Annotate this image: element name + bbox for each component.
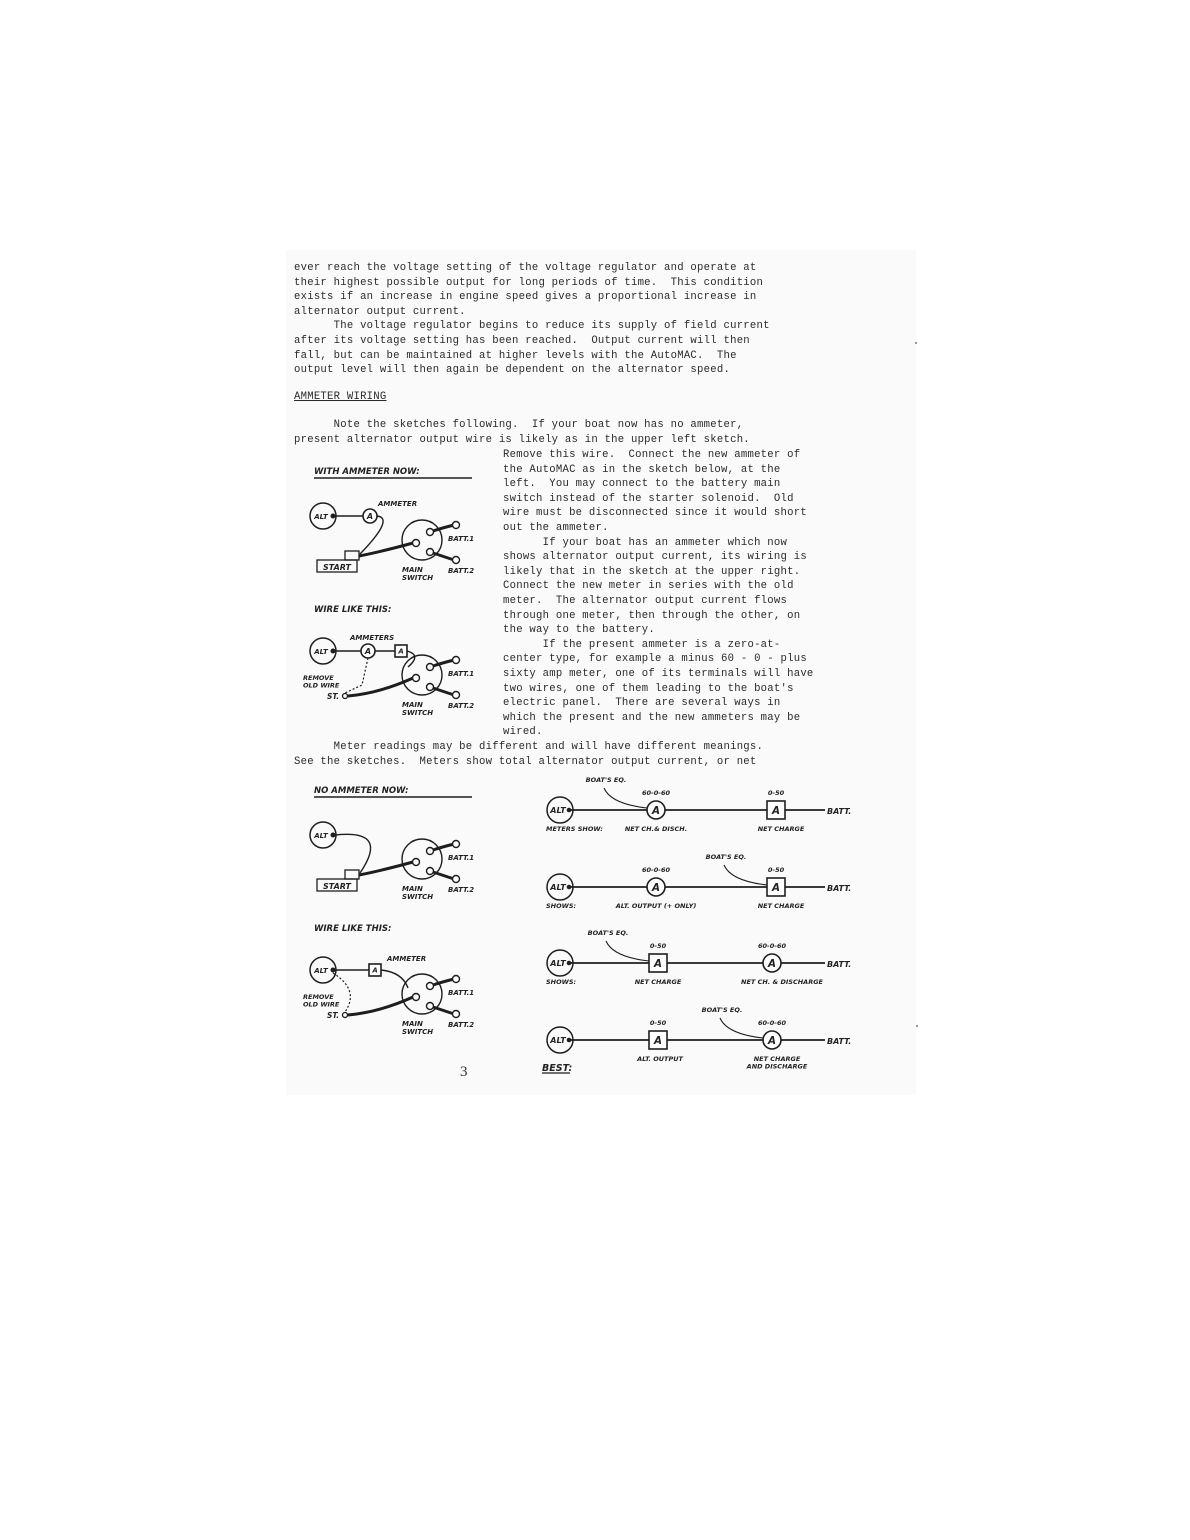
meter-symbol: A [397, 648, 403, 656]
battery-label: BATT. [827, 960, 851, 969]
meter-symbol: A [767, 958, 776, 970]
battery-1-label: BATT.1 [448, 854, 474, 862]
meter-symbol: A [767, 1035, 776, 1047]
battery-terminal [453, 557, 460, 564]
sketch-right-2: ALTAABATT.60-0-600-50ALT. OUTPUT (+ ONLY… [546, 853, 851, 910]
boat-equipment-wire [606, 941, 649, 961]
boat-equipment-wire [604, 788, 647, 808]
sketch-title: WIRE LIKE THIS: [314, 924, 391, 934]
meter-caption: NET CHARGE [758, 825, 805, 833]
boat-equipment-wire [724, 865, 767, 885]
shows-label: SHOWS: [546, 978, 576, 986]
meter-caption: NET CHARGE [758, 902, 805, 910]
battery-cable [433, 872, 454, 879]
sketch-right-1: ALTAABATT.60-0-600-50NET CH.& DISCH.NET … [546, 776, 851, 833]
meter-symbol: A [771, 882, 780, 894]
switch-terminal [427, 684, 434, 691]
meter-range: 0-50 [768, 789, 785, 797]
main-switch-label: MAIN [402, 1020, 423, 1028]
terminal-icon [567, 1038, 572, 1043]
terminal-icon [331, 514, 336, 519]
ammeter-label: AMMETER [377, 500, 417, 508]
meter-range: 60-0-60 [758, 942, 786, 950]
old-wire-dashed [345, 658, 368, 693]
meter-range: 0-50 [650, 1019, 667, 1027]
shows-label: SHOWS: [546, 902, 576, 910]
battery-label: BATT. [827, 807, 851, 816]
meter-symbol: A [371, 967, 377, 975]
meter-caption: AND DISCHARGE [746, 1063, 808, 1071]
alternator-label: ALT [549, 806, 566, 815]
switch-terminal [427, 664, 434, 671]
alternator-label: ALT [549, 959, 566, 968]
scan-speck [915, 342, 917, 344]
main-switch-label: MAIN [402, 885, 423, 893]
battery-2-label: BATT.2 [448, 886, 474, 894]
switch-terminal [427, 529, 434, 536]
alternator-label: ALT [313, 832, 329, 840]
meter-caption: ALT. OUTPUT (+ ONLY) [615, 902, 697, 910]
meter-caption: NET CH.& DISCH. [625, 825, 687, 833]
battery-cable [433, 1007, 454, 1014]
main-switch-label: MAIN [402, 566, 423, 574]
switch-terminal [413, 675, 420, 682]
terminal-icon [567, 885, 572, 890]
switch-terminal [427, 868, 434, 875]
sketch-title: WIRE LIKE THIS: [314, 605, 391, 615]
alternator-label: ALT [313, 513, 329, 521]
main-switch-label: SWITCH [402, 709, 433, 717]
meter-range: 60-0-60 [642, 866, 670, 874]
wire [335, 834, 371, 873]
sketch-title: NO AMMETER NOW: [314, 786, 409, 796]
switch-terminal [427, 1003, 434, 1010]
remove-old-wire-label: OLD WIRE [303, 682, 340, 690]
terminal-icon [331, 833, 336, 838]
meter-symbol: A [653, 1035, 662, 1047]
sketch-left-3: NO AMMETER NOW:ALTBATT.1BATT.2MAINSWITCH… [310, 786, 474, 901]
alternator-label: ALT [313, 967, 329, 975]
switch-terminal [413, 994, 420, 1001]
battery-1-label: BATT.1 [448, 989, 474, 997]
boat-equipment-label: BOAT'S EQ. [702, 1006, 743, 1014]
starter-label: START [323, 563, 352, 572]
starter-label: START [323, 882, 352, 891]
boat-equipment-label: BOAT'S EQ. [586, 776, 627, 784]
terminal-icon [567, 808, 572, 813]
alternator-label: ALT [549, 883, 566, 892]
document-page: ever reach the voltage setting of the vo… [0, 0, 1190, 1540]
main-switch-label: MAIN [402, 701, 423, 709]
shows-label: METERS SHOW: [546, 825, 603, 833]
battery-terminal [453, 692, 460, 699]
best-label: BEST: [542, 1063, 573, 1074]
battery-2-label: BATT.2 [448, 1021, 474, 1029]
battery-1-label: BATT.1 [448, 535, 474, 543]
sketch-left-4: WIRE LIKE THIS:ALTBATT.1BATT.2MAINSWITCH… [303, 924, 474, 1036]
meter-symbol: A [653, 958, 662, 970]
page-number: 3 [460, 1064, 468, 1081]
sketch-right-4: ALTAABATT.0-5060-0-60ALT. OUTPUTNET CHAR… [542, 1006, 851, 1074]
battery-terminal [453, 876, 460, 883]
meter-symbol: A [651, 882, 660, 894]
switch-terminal [413, 540, 420, 547]
main-cable [348, 997, 413, 1015]
battery-terminal [453, 841, 460, 848]
boat-equipment-label: BOAT'S EQ. [706, 853, 747, 861]
battery-2-label: BATT.2 [448, 702, 474, 710]
boat-equipment-wire [720, 1018, 763, 1038]
sketch-title: WITH AMMETER NOW: [314, 467, 420, 477]
terminal-icon [567, 961, 572, 966]
terminal-icon [331, 649, 336, 654]
starter-terminal [343, 1013, 348, 1018]
sketch-left-2: WIRE LIKE THIS:ALTBATT.1BATT.2MAINSWITCH… [303, 605, 474, 717]
starter-solenoid-icon [345, 551, 359, 560]
battery-cable [433, 688, 454, 695]
battery-1-label: BATT.1 [448, 670, 474, 678]
meter-range: 0-50 [650, 942, 667, 950]
battery-terminal [453, 976, 460, 983]
meter-range: 0-50 [768, 866, 785, 874]
main-switch-label: SWITCH [402, 1028, 433, 1036]
main-switch-label: SWITCH [402, 893, 433, 901]
meter-range: 60-0-60 [758, 1019, 786, 1027]
meter-caption: ALT. OUTPUT [636, 1055, 683, 1063]
battery-terminal [453, 1011, 460, 1018]
starter-solenoid-icon [345, 870, 359, 879]
boat-equipment-label: BOAT'S EQ. [588, 929, 629, 937]
wiring-sketches: WITH AMMETER NOW:ALTBATT.1BATT.2MAINSWIT… [0, 0, 1190, 1540]
remove-old-wire-label: OLD WIRE [303, 1001, 340, 1009]
switch-terminal [413, 859, 420, 866]
alternator-label: ALT [549, 1036, 566, 1045]
sketch-right-3: ALTAABATT.0-5060-0-60NET CHARGENET CH. &… [546, 929, 851, 986]
switch-terminal [427, 848, 434, 855]
meter-caption: NET CHARGE [635, 978, 682, 986]
starter-label: ST. [327, 692, 339, 701]
meter-symbol: A [771, 805, 780, 817]
switch-terminal [427, 983, 434, 990]
meter-symbol: A [366, 512, 373, 521]
switch-terminal [427, 549, 434, 556]
battery-terminal [453, 657, 460, 664]
meter-caption: NET CH. & DISCHARGE [741, 978, 824, 986]
alternator-label: ALT [313, 648, 329, 656]
main-switch-label: SWITCH [402, 574, 433, 582]
battery-terminal [453, 522, 460, 529]
ammeters-label: AMMETERS [349, 634, 394, 642]
meter-symbol: A [651, 805, 660, 817]
meter-range: 60-0-60 [642, 789, 670, 797]
battery-label: BATT. [827, 1037, 851, 1046]
terminal-icon [331, 968, 336, 973]
starter-label: ST. [327, 1011, 339, 1020]
battery-2-label: BATT.2 [448, 567, 474, 575]
battery-label: BATT. [827, 884, 851, 893]
starter-terminal [343, 694, 348, 699]
meter-symbol: A [364, 647, 371, 656]
ammeter-label: AMMETER [386, 955, 426, 963]
scan-speck [916, 1025, 918, 1027]
sketch-left-1: WITH AMMETER NOW:ALTBATT.1BATT.2MAINSWIT… [310, 467, 474, 582]
battery-cable [433, 553, 454, 560]
